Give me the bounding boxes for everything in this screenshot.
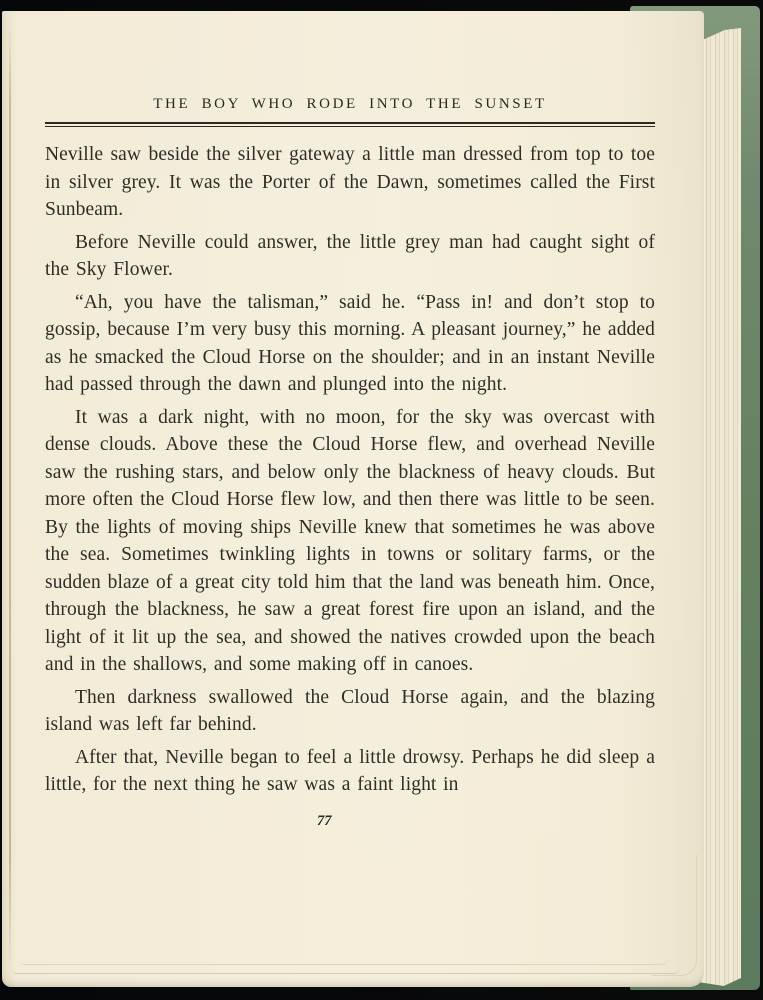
page-text-block: THE BOY WHO RODE INTO THE SUNSET Neville… <box>45 11 655 830</box>
page-stack-edge <box>698 28 741 986</box>
running-header: THE BOY WHO RODE INTO THE SUNSET <box>45 95 655 113</box>
header-rule <box>45 122 655 127</box>
body-paragraph: Before Neville could answer, the little … <box>45 229 655 284</box>
body-paragraph: Neville saw beside the silver gateway a … <box>45 141 655 224</box>
gutter-crease <box>9 27 11 971</box>
body-text: Neville saw beside the silver gateway a … <box>45 141 655 799</box>
body-paragraph: “Ah, you have the talisman,” said he. “P… <box>45 289 655 399</box>
page-number: 77 <box>317 813 332 830</box>
book-page: THE BOY WHO RODE INTO THE SUNSET Neville… <box>2 11 704 987</box>
scanned-book-photo: THE BOY WHO RODE INTO THE SUNSET Neville… <box>0 0 763 1000</box>
under-page-edge <box>20 958 668 965</box>
body-paragraph: It was a dark night, with no moon, for t… <box>45 404 655 679</box>
under-page-edge <box>12 967 680 974</box>
body-paragraph: After that, Neville began to feel a litt… <box>45 744 655 799</box>
body-paragraph: Then darkness swallowed the Cloud Horse … <box>45 684 655 739</box>
